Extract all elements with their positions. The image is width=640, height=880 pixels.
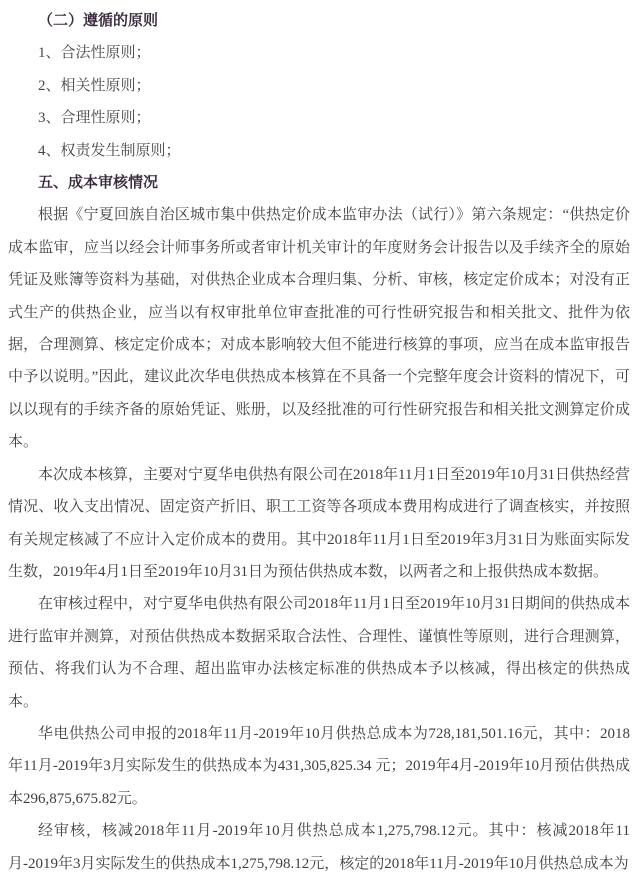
section-heading-principles: （二）遵循的原则 <box>8 5 630 37</box>
principle-item-accrual-basis: 4、权责发生制原则； <box>8 135 630 167</box>
body-paragraph-audited-reduction: 经审核，核减2018年11月-2019年10月供热总成本1,275,798.12… <box>8 815 630 880</box>
body-paragraph-declared-cost: 华电供热公司申报的2018年11月-2019年10月供热总成本为728,181,… <box>8 718 630 815</box>
body-paragraph-accounting-scope: 本次成本核算，主要对宁夏华电供热有限公司在2018年11月1日至2019年10月… <box>8 459 630 589</box>
section-heading-cost-review: 五、成本审核情况 <box>8 167 630 199</box>
principle-item-legality: 1、合法性原则； <box>8 37 630 69</box>
body-paragraph-regulation-basis: 根据《宁夏回族自治区城市集中供热定价成本监审办法（试行）》第六条规定：“供热定价… <box>8 199 630 458</box>
principle-item-reasonableness: 3、合理性原则； <box>8 102 630 134</box>
body-paragraph-review-process: 在审核过程中，对宁夏华电供热有限公司2018年11月1日至2019年10月31日… <box>8 588 630 718</box>
principle-item-relevance: 2、相关性原则； <box>8 70 630 102</box>
document-page: （二）遵循的原则 1、合法性原则； 2、相关性原则； 3、合理性原则； 4、权责… <box>0 0 640 880</box>
